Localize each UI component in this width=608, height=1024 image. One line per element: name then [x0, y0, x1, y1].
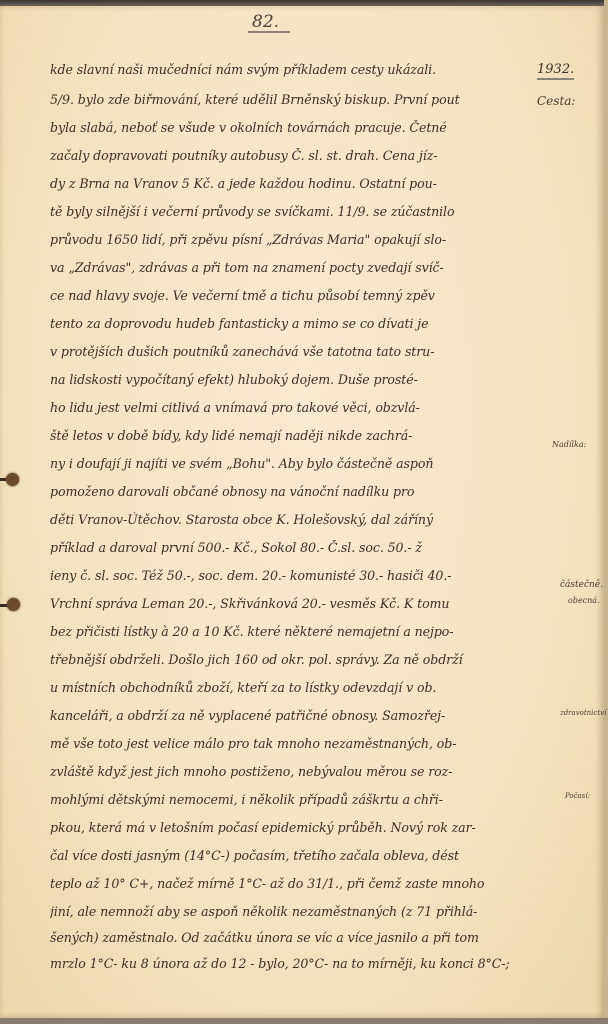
text-line: pkou, která má v letošním počasí epidemi… — [50, 820, 520, 836]
page-number-underline — [248, 31, 290, 33]
text-line: u místních obchodníků zboží, kteří za to… — [50, 680, 520, 696]
margin-year: 1932. — [537, 62, 574, 80]
text-line: teplo až 10° C+, načež mírně 1°C- až do … — [50, 876, 520, 892]
text-line: va „Zdrávas", zdrávas a při tom na zname… — [50, 260, 520, 276]
text-line: byla slabá, neboť se všude v okolních to… — [50, 120, 520, 136]
margin-note-obecna: obecná. — [568, 596, 600, 605]
margin-note-pocasi: Počasí: — [565, 792, 590, 800]
scan-bottom-edge — [0, 1018, 608, 1024]
text-line: mohlými dětskými nemocemi, i několik pří… — [50, 792, 520, 808]
text-line: kanceláři, a obdrží za ně vyplacené patř… — [50, 708, 520, 724]
text-line: 5/9. bylo zde biřmování, které udělil Br… — [50, 92, 520, 108]
punch-hole-icon — [7, 598, 20, 611]
text-line: mrzlo 1°C- ku 8 února až do 12 - bylo, 2… — [50, 956, 520, 972]
text-line: ce nad hlavy svoje. Ve večerní tmě a tic… — [50, 288, 520, 304]
text-line: ny i doufají ji najíti ve svém „Bohu". A… — [50, 456, 520, 472]
page-right-edge — [604, 0, 608, 1024]
page-number: 82. — [252, 12, 279, 32]
text-line: ieny č. sl. soc. Též 50.-, soc. dem. 20.… — [50, 568, 520, 584]
text-line: šených) zaměstnalo. Od začátku února se … — [50, 930, 520, 946]
text-line: pomoženo darovali občané obnosy na vánoč… — [50, 484, 520, 500]
text-line: začaly dopravovati poutníky autobusy Č. … — [50, 148, 520, 164]
text-line: průvodu 1650 lidí, při zpěvu písní „Zdrá… — [50, 232, 520, 248]
margin-note-zdravotnictvi: zdravotnictví — [560, 709, 606, 717]
margin-note-castecne: částečně. — [560, 580, 603, 590]
text-line: v protějších dušich poutníků zanechává v… — [50, 344, 520, 360]
text-line: mě vše toto jest velice málo pro tak mno… — [50, 736, 520, 752]
text-line: kde slavní naši mučedníci nám svým příkl… — [50, 62, 520, 78]
text-line: Vrchní správa Leman 20.-, Skřivánková 20… — [50, 596, 520, 612]
text-line: třebnější obdrželi. Došlo jich 160 od ok… — [50, 652, 520, 668]
text-line: čal více dosti jasným (14°C-) počasím, t… — [50, 848, 520, 864]
margin-note-nadilka: Nadílka: — [552, 440, 586, 449]
text-line: ště letos v době bídy, kdy lidé nemají n… — [50, 428, 520, 444]
punch-hole-icon — [6, 473, 19, 486]
text-line: tento za doprovodu hudeb fantasticky a m… — [50, 316, 520, 332]
text-line: dy z Brna na Vranov 5 Kč. a jede každou … — [50, 176, 520, 192]
text-line: na lidskosti vypočítaný efekt) hluboký d… — [50, 372, 520, 388]
margin-note-cesta: Cesta: — [537, 94, 575, 108]
text-line: zvláště když jest jich mnoho postiženo, … — [50, 764, 520, 780]
text-line: bez přičisti lístky à 20 a 10 Kč. které … — [50, 624, 520, 640]
text-line: děti Vranov-Útěchov. Starosta obce K. Ho… — [50, 512, 520, 528]
text-line: ho lidu jest velmi citlivá a vnímavá pro… — [50, 400, 520, 416]
text-line: příklad a daroval první 500.- Kč., Sokol… — [50, 540, 520, 556]
text-line: jiní, ale nemnoží aby se aspoň několik n… — [50, 904, 520, 920]
text-line: tě byly silnější i večerní průvody se sv… — [50, 204, 520, 220]
